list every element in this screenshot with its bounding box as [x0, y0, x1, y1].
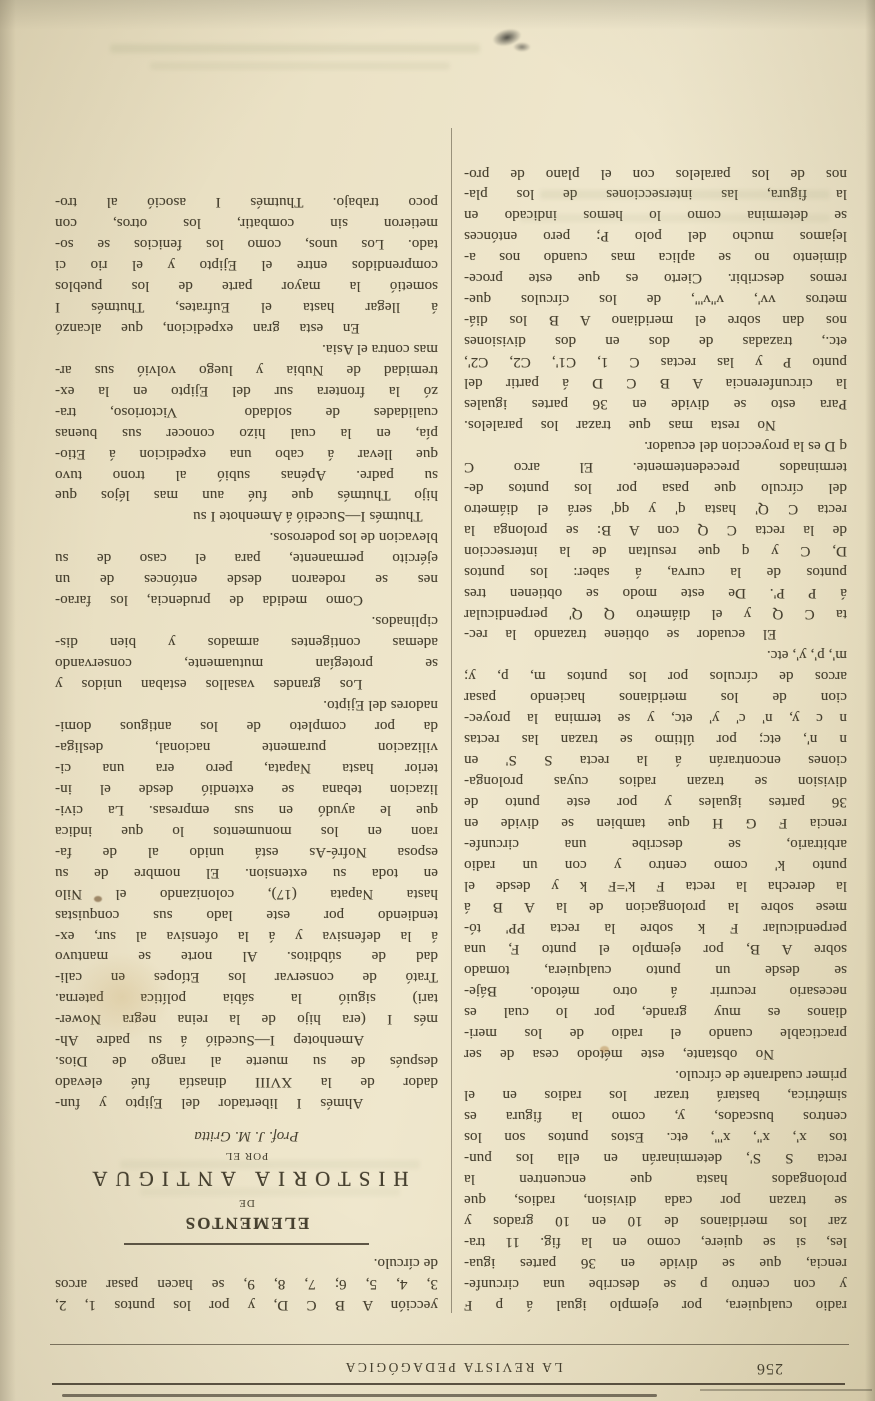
text-line: Para esto se divide en 36 partes iguales [464, 393, 847, 414]
printed-page-rotated-180: 256 LA REVISTA PEDAGÓGICA radio cualquie… [0, 0, 875, 1401]
text-line: se protegían mutuamente, conservando [55, 652, 438, 673]
text-line: hasta Napata (17), colonizando el Nilo [55, 883, 438, 904]
text-line: da por completo de los antiguos domi- [55, 715, 438, 736]
page-header: 256 LA REVISTA PEDAGÓGICA [52, 1351, 845, 1377]
text-line: m', p', y', etc. [464, 645, 847, 666]
text-line: raon en los monumentos lo que indica [55, 820, 438, 841]
column-divider-rule [451, 128, 452, 1313]
text-line: punto P y las rectas C 1, C1', C2, C2', [464, 351, 847, 372]
article-byline-por-el: POR EL [55, 1148, 438, 1163]
text-line: primer cuadrante de círculo. [464, 1064, 847, 1085]
article-author: Prof. J. M. Gritta [55, 1126, 438, 1145]
text-line: mese sobre la prolongacion de la A B á [464, 896, 847, 917]
text-line: que llevar á cabo una expedicion á Etio- [55, 443, 438, 464]
text-line: la derecha la recta F k'=F k y desde el [464, 875, 847, 896]
text-line: tremidad de Nubia y luego volvió sus ar- [55, 359, 438, 380]
text-line: la figura, las intersecciones de los pla… [464, 184, 847, 205]
text-line: nos de los paralelos con el plano de pro… [464, 163, 847, 184]
text-line: tari) siguió la sábia política paterna. [55, 987, 438, 1008]
text-line: de círculo. [55, 1252, 438, 1273]
text-line: zar los meridianos de 10 en 10 grados y [464, 1210, 847, 1231]
text-line: esposa Nofré-As está unido al de fa- [55, 841, 438, 862]
text-line: 36 partes iguales y por este punto de [464, 791, 847, 812]
text-line: poco trabajo. Thutmés I asoció al tro- [55, 191, 438, 212]
text-line: ciplinados. [55, 610, 438, 631]
text-line: su padre. Apénas subió al trono tuvo [55, 464, 438, 485]
text-line: n c y, n' c' y' etc, y se termina la pro… [464, 707, 847, 728]
text-line: después de su muerte al rango de Dios. [55, 1050, 438, 1071]
text-line: més I (era hijo de la reina negra Nower- [55, 1008, 438, 1029]
text-line: ademas contigentes armados y bien dis- [55, 631, 438, 652]
text-line: En esta gran expedicion, que alcanzó [55, 317, 438, 338]
text-line: No resta mas que trazar los paralelos. [464, 414, 847, 435]
text-line: Como medida de prudencia, los farao- [55, 589, 438, 610]
text-line: radio cualquiera, por ejemplo igual á p … [464, 1294, 847, 1315]
text-line: q D es la proyeccion del ecuador. [464, 435, 847, 456]
article-subtitle: HISTORIA ANTIGUA [55, 1166, 438, 1192]
text-line: á la defensiva y á la ofensiva al sur, e… [55, 925, 438, 946]
text-line: del círculo que pasa por los puntos de- [464, 477, 847, 498]
text-line: metros vv', v''v''', de los círculos que… [464, 288, 847, 309]
text-line: se desde un punto cualquiera, tomado [464, 959, 847, 980]
text-line: tos x', x'', x''', etc. Estos puntos son… [464, 1126, 847, 1147]
text-line: les, si se quiere, como en la fig. 11 tr… [464, 1231, 847, 1252]
text-line: lizacion tebana se extendió desde el in- [55, 778, 438, 799]
text-line: rencia, que se divide en 36 partes igua- [464, 1252, 847, 1273]
right-column: yección A B C D, y por los puntos 1, 2,3… [55, 191, 438, 1315]
text-line: comprendidos entre el Ejipto y el rio ci [55, 254, 438, 275]
left-column-projection-article: radio cualquiera, por ejemplo igual á p … [464, 163, 847, 1315]
text-line: nes se rodearon desde entónces de un [55, 568, 438, 589]
text-line: recta C Q' hasta q' y qq' será el diámet… [464, 498, 847, 519]
text-line: D, C y q que resultan de la interseccion [464, 540, 847, 561]
text-line: blevacion de los poderosos. [55, 526, 438, 547]
text-line: se trazan por cada division, radios, que [464, 1189, 847, 1210]
text-line: puntos de la curva, á saber: los puntos [464, 561, 847, 582]
text-line: hijo Thutmés que fué aun mas léjos que [55, 485, 438, 506]
text-line: de la recta C Q con A B: se prolonga la [464, 519, 847, 540]
text-line: y con centro p se describe una circunfe- [464, 1273, 847, 1294]
history-article-body: Ahmés I libertador del Ejipto y fun-dado… [55, 191, 438, 1113]
article-separator-rule [124, 1243, 369, 1245]
text-line: Trató de conservar los Etíopes en cali- [55, 966, 438, 987]
text-line: rencia F G H que tambien se divide en [464, 812, 847, 833]
text-line: n n', etc; por último se trazan las rect… [464, 728, 847, 749]
text-line: tado. Los unos, como los fenicios se so- [55, 233, 438, 254]
projection-article-continuation: yección A B C D, y por los puntos 1, 2,3… [55, 1252, 438, 1315]
text-line: metieron sin combatir, los otros, con [55, 212, 438, 233]
text-line: division se trazan radios cuyas prolonga… [464, 770, 847, 791]
text-line: nos dan sobre el meridiano A B los diá- [464, 309, 847, 330]
scanned-page-photo: 256 LA REVISTA PEDAGÓGICA radio cualquie… [0, 0, 875, 1401]
text-line: nadores del Ejipto. [55, 694, 438, 715]
article-title: ELEMENTOS [55, 1212, 438, 1234]
text-line: mas contra el Asia. [55, 338, 438, 359]
article-header: ELEMENTOS DE HISTORIA ANTIGUA POR EL Pro… [55, 1126, 438, 1234]
text-line: lejamos mucho del polo P; pero entónces [464, 225, 847, 246]
text-line: á llegar hasta el Eufrates, Thutmés I [55, 296, 438, 317]
text-line: recta S S', determinarán en ella los pun… [464, 1147, 847, 1168]
text-line: la circunferencia A B C D á partir del [464, 372, 847, 393]
text-line: que le ayudó en sus empresas. La civi- [55, 799, 438, 820]
text-line: No obstante, este método cesa de ser [464, 1043, 847, 1064]
text-line: Ahmés I libertador del Ejipto y fun- [55, 1092, 438, 1113]
text-line: Los grandes vasallos estaban unidos y [55, 673, 438, 694]
text-line: ta C Q y el diámetro Q Q' perpendicular [464, 603, 847, 624]
text-line: pía, en la cual hizo conocer sus buenas [55, 422, 438, 443]
text-line: arcos de círculos por los puntos m, p, y… [464, 665, 847, 686]
article-title-de: DE [55, 1195, 438, 1210]
text-line: terior hasta Napata, pero era una ci- [55, 757, 438, 778]
text-line: dimiento no se aplica mas cuando nos a- [464, 246, 847, 267]
text-line: punto k' como centro y con un radio [464, 854, 847, 875]
text-line: á P P'. De este modo se obtienen tres [464, 582, 847, 603]
text-columns: radio cualquiera, por ejemplo igual á p … [55, 120, 847, 1315]
text-line: perpendicular F k sobre la recta PP' tó- [464, 917, 847, 938]
header-rule-thin [50, 1344, 849, 1345]
text-line: Amenhotep I—Sucedió á su padre Ah- [55, 1029, 438, 1050]
text-line: en toda su extension. El nombre de su [55, 862, 438, 883]
text-line: terminados precedentemente. El arco C [464, 456, 847, 477]
text-line: yección A B C D, y por los puntos 1, 2, [55, 1294, 438, 1315]
text-line: ciones encontrarán á la recta S S' en [464, 749, 847, 770]
text-line: dador de la XVIII dinastía fué elevado [55, 1071, 438, 1092]
text-line: simétrica, bastará trazar los radios en … [464, 1085, 847, 1106]
text-line: sometió la mayor parte de los pueblos [55, 275, 438, 296]
text-line: cualidades de soldado Victorioso, tra- [55, 401, 438, 422]
text-line: centros buscados, y, como la figura es [464, 1105, 847, 1126]
text-line: dad de súbditos. Al norte se mantuvo [55, 946, 438, 967]
text-line: 3, 4, 5, 6; 7, 8, 9, se hacen pasar arco… [55, 1273, 438, 1294]
text-line: etc., trazadas de dos en dos divisiones [464, 330, 847, 351]
text-line: practicable cuando el radio de los meri- [464, 1022, 847, 1043]
text-line: se determina como lo hemos indicado en [464, 204, 847, 225]
text-line: remos describir. Cierto es que este proc… [464, 267, 847, 288]
text-line: Thutmés I—Sucedió á Amenhote I su [55, 506, 438, 527]
text-line: El ecuador se obtiene trazando la rec- [464, 624, 847, 645]
text-line: zó la frontera sur del Ejipto en la ex- [55, 380, 438, 401]
text-line: prolongados hasta que encuentren la [464, 1168, 847, 1189]
header-rule-heavy [52, 1383, 845, 1385]
text-line: tendiendo por este lado sus conquistas [55, 904, 438, 925]
text-line: arbitrario, se describe una circunfe- [464, 833, 847, 854]
text-line: cion de los meridianos haciendo pasar [464, 686, 847, 707]
text-line: necesario recurrir á otro método. Báje- [464, 980, 847, 1001]
text-line: dianos es muy grande, por lo cual es [464, 1001, 847, 1022]
page-number: 256 [756, 1359, 783, 1377]
text-line: vilizacion puramente nacional, desliga- [55, 736, 438, 757]
journal-title: LA REVISTA PEDAGÓGICA [343, 1359, 562, 1375]
text-line: sobre A B, por ejemplo el punto F, una [464, 938, 847, 959]
text-line: ejército permanente, para el caso de su [55, 547, 438, 568]
